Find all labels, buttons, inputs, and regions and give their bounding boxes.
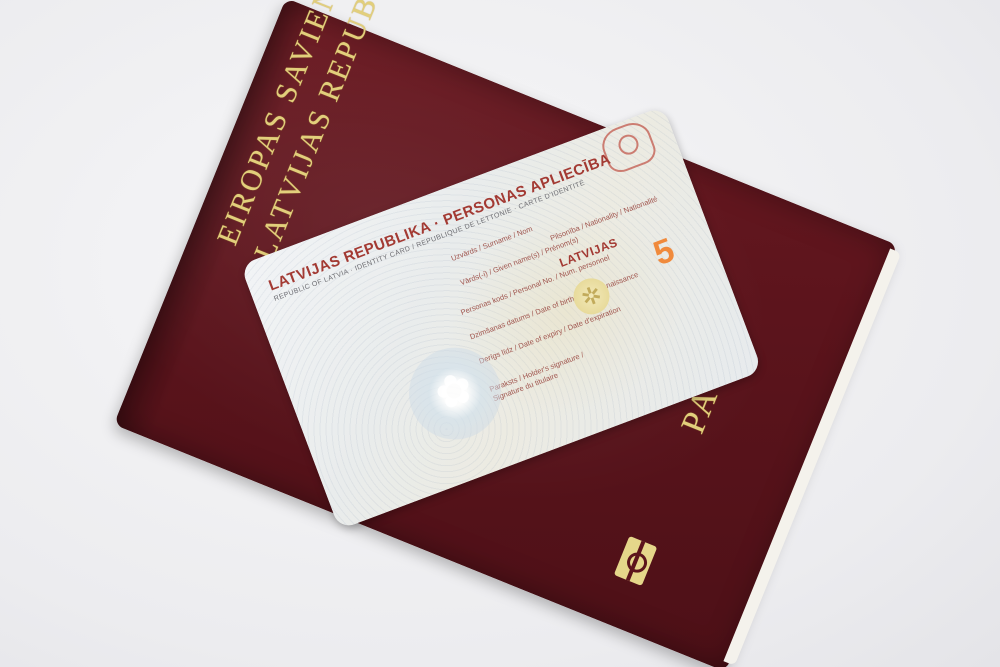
photo-scene: EIROPAS SAVIENĪBA LATVIJAS REPUBLIKA PA …	[0, 0, 1000, 667]
biometric-chip-icon	[614, 536, 658, 586]
